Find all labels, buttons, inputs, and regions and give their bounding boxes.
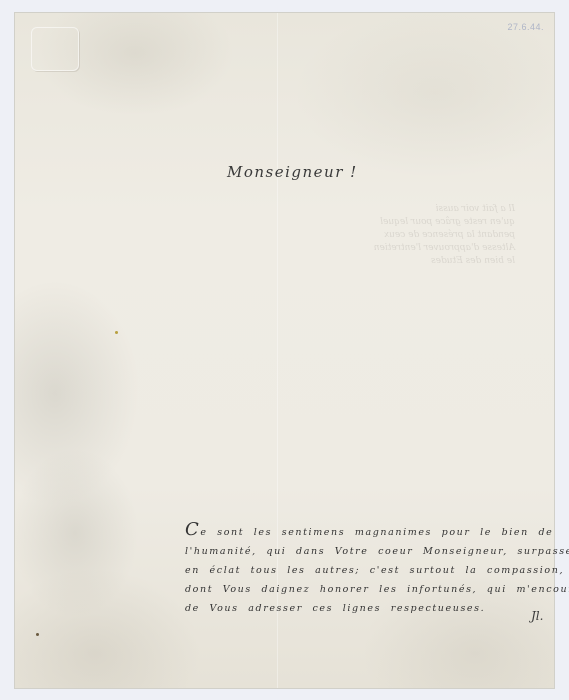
ink-spot (115, 331, 118, 334)
bleed-through-text: Il a fait voir aussi qu'en reste grâce p… (45, 203, 515, 268)
letter-body: Ce sont les sentimens magnanimes pour le… (185, 520, 565, 618)
body-line: de Vous adresser ces lignes respectueuse… (185, 599, 565, 618)
bleed-line: le bien des Etudes (431, 256, 515, 266)
bleed-line: Il a fait voir aussi (436, 204, 515, 214)
body-line: dont Vous daignez honorer les infortunés… (185, 580, 565, 599)
embossed-stamp-icon (31, 27, 79, 71)
body-line: Ce sont les sentimens magnanimes pour le… (185, 520, 565, 542)
signature-mark: Jl. (531, 609, 543, 623)
bleed-line: pendant la présence de ceux (384, 230, 515, 240)
bleed-line: qu'en reste grâce pour lequel (380, 217, 515, 227)
archive-number: 27.6.44. (507, 22, 544, 32)
ink-spot (36, 633, 39, 636)
bleed-line: Altesse d'approuver l'entretien (374, 243, 515, 253)
letter-page: 27.6.44. Il a fait voir aussi qu'en rest… (15, 13, 554, 688)
body-line: l'humanité, qui dans Votre coeur Monseig… (185, 542, 565, 561)
body-line: en éclat tous les autres; c'est surtout … (185, 561, 565, 580)
salutation: Monseigneur ! (227, 163, 358, 181)
